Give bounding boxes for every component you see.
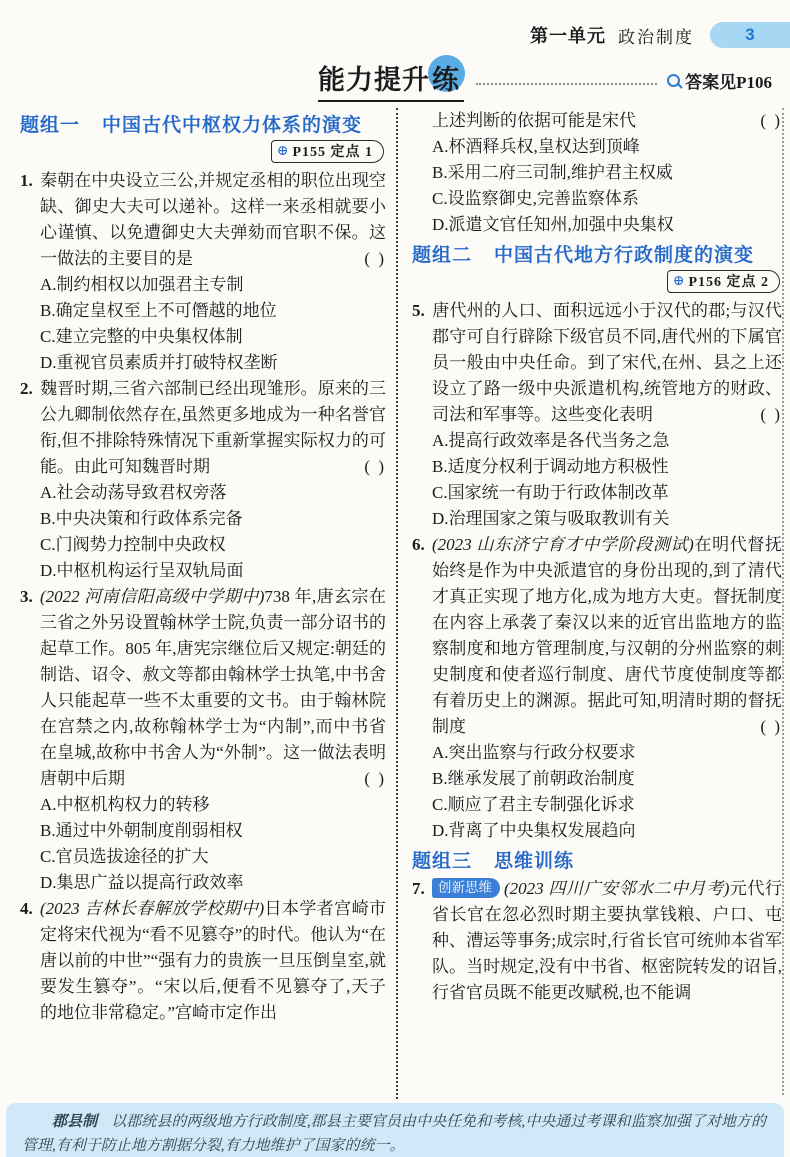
group3-label: 题组三 [412, 846, 472, 873]
question-3-option-a: A.中枢机构权力的转移 [40, 792, 386, 818]
workbook-page: 第一单元 政治制度 3 能力提升练 答案见P106 题组一 中国古代中枢权力体系… [0, 0, 790, 1157]
group2-title: 中国古代地方行政制度的演变 [494, 240, 754, 267]
question-6-source: (2023 山东济宁育才中学阶段测试) [432, 535, 694, 554]
unit-label: 第一单元 [530, 22, 606, 48]
answer-reference-text: 答案见P106 [685, 68, 772, 93]
glossary-term: 郡县制 [52, 1114, 97, 1130]
question-4-stem-continued-text: 上述判断的依据可能是宋代 [432, 111, 636, 130]
question-3-option-b: B.通过中外朝制度削弱相权 [40, 818, 386, 844]
left-column: 题组一 中国古代中枢权力体系的演变 ⊕ P155 定点 1 1.秦朝在中央设立三… [20, 108, 386, 1099]
group1-ref-badge: ⊕ P155 定点 1 [271, 140, 384, 163]
group2-ref-badge: ⊕ P156 定点 2 [667, 270, 780, 293]
group1-ref-row: ⊕ P155 定点 1 [20, 140, 384, 163]
section-title-emphasis: 练 [430, 58, 462, 97]
question-7-source: (2023 四川广安邻水二中月考) [504, 879, 729, 898]
question-6-stem: 6.(2023 山东济宁育才中学阶段测试)在明代督抚始终是作为中央派遣官的身份出… [432, 532, 782, 740]
two-column-body: 题组一 中国古代中枢权力体系的演变 ⊕ P155 定点 1 1.秦朝在中央设立三… [20, 108, 782, 1099]
question-3-stem-text: 738 年,唐玄宗在三省之外另设置翰林学士院,负责一部分诏书的起草工作。805 … [40, 587, 386, 788]
question-3-option-c: C.官员选拔途径的扩大 [40, 844, 386, 870]
question-number: 4. [20, 896, 40, 922]
group3-heading: 题组三 思维训练 [412, 846, 782, 873]
question-4: 4.(2023 吉林长春解放学校期中)日本学者宫崎市定将宋代视为“看不见篡夺”的… [20, 896, 386, 1026]
question-2-stem: 2.魏晋时期,三省六部制已经出现雏形。原来的三公九卿制依然存在,虽然更多地成为一… [40, 376, 386, 480]
question-1-stem: 1.秦朝在中央设立三公,并规定丞相的职位出现空缺、御史大夫可以递补。这样一来丞相… [40, 168, 386, 272]
question-4-stem-continued: 上述判断的依据可能是宋代( ) [432, 108, 782, 134]
question-3-option-d: D.集思广益以提高行政效率 [40, 870, 386, 896]
footer-glossary-paragraph: 郡县制以郡统县的两级地方行政制度,郡县主要官员由中央任免和考核,中央通过考课和监… [22, 1110, 766, 1157]
running-head: 第一单元 政治制度 3 [530, 22, 790, 48]
question-5-option-d: D.治理国家之策与吸取教训有关 [432, 506, 782, 532]
question-5-option-a: A.提高行政效率是各代当务之急 [432, 428, 782, 454]
answer-bracket: ( ) [760, 402, 782, 428]
question-6-option-d: D.背离了中央集权发展趋向 [432, 818, 782, 844]
target-icon: ⊕ [673, 273, 685, 290]
question-2: 2.魏晋时期,三省六部制已经出现雏形。原来的三公九卿制依然存在,虽然更多地成为一… [20, 376, 386, 584]
group1-label: 题组一 [20, 110, 80, 137]
question-4-option-a: A.杯酒释兵权,皇权达到顶峰 [432, 134, 782, 160]
group1-ref-text: P155 定点 1 [292, 141, 373, 161]
question-4-option-b: B.采用二府三司制,维护君主权威 [432, 160, 782, 186]
question-1-stem-text: 秦朝在中央设立三公,并规定丞相的职位出现空缺、御史大夫可以递补。这样一来丞相就要… [40, 171, 386, 268]
page-number: 3 [745, 25, 754, 45]
question-1: 1.秦朝在中央设立三公,并规定丞相的职位出现空缺、御史大夫可以递补。这样一来丞相… [20, 168, 386, 376]
question-5: 5.唐代州的人口、面积远远小于汉代的郡;与汉代郡守可自行辟除下级官员不同,唐代州… [412, 298, 782, 532]
question-1-option-b: B.确定皇权至上不可僭越的地位 [40, 298, 386, 324]
footer-glossary: 郡县制以郡统县的两级地方行政制度,郡县主要官员由中央任免和考核,中央通过考课和监… [6, 1103, 784, 1157]
page-number-badge: 3 [710, 22, 790, 48]
answer-bracket: ( ) [760, 108, 782, 134]
question-2-option-b: B.中央决策和行政体系完备 [40, 506, 386, 532]
question-5-stem-text: 唐代州的人口、面积远远小于汉代的郡;与汉代郡守可自行辟除下级官员不同,唐代州的下… [432, 301, 782, 424]
question-2-option-c: C.门阀势力控制中央政权 [40, 532, 386, 558]
question-6: 6.(2023 山东济宁育才中学阶段测试)在明代督抚始终是作为中央派遣官的身份出… [412, 532, 782, 844]
answer-bracket: ( ) [364, 454, 386, 480]
target-icon: ⊕ [277, 143, 289, 160]
question-6-option-a: A.突出监察与行政分权要求 [432, 740, 782, 766]
group3-title: 思维训练 [494, 846, 574, 873]
question-3-source: (2022 河南信阳高级中学期中) [40, 587, 264, 606]
question-4-stem: 4.(2023 吉林长春解放学校期中)日本学者宫崎市定将宋代视为“看不见篡夺”的… [40, 896, 386, 1026]
group2-heading: 题组二 中国古代地方行政制度的演变 [412, 240, 782, 267]
question-4-source: (2023 吉林长春解放学校期中) [40, 899, 264, 918]
section-title-text: 能力提升 [318, 65, 430, 95]
group1-title: 中国古代中枢权力体系的演变 [102, 110, 362, 137]
question-number: 3. [20, 584, 40, 610]
question-4-continued: 上述判断的依据可能是宋代( ) A.杯酒释兵权,皇权达到顶峰 B.采用二府三司制… [412, 108, 782, 238]
group2-ref-row: ⊕ P156 定点 2 [412, 270, 780, 293]
dotted-leader [476, 83, 657, 85]
question-number: 6. [412, 532, 432, 558]
question-6-option-b: B.继承发展了前朝政治制度 [432, 766, 782, 792]
question-number: 1. [20, 168, 40, 194]
magnifier-icon [667, 74, 680, 87]
question-4-option-d: D.派遣文官任知州,加强中央集权 [432, 212, 782, 238]
question-6-option-c: C.顺应了君主专制强化诉求 [432, 792, 782, 818]
question-4-option-c: C.设监察御史,完善监察体系 [432, 186, 782, 212]
question-2-stem-text: 魏晋时期,三省六部制已经出现雏形。原来的三公九卿制依然存在,虽然更多地成为一种名… [40, 379, 386, 476]
section-banner: 能力提升练 答案见P106 [318, 58, 772, 102]
section-title: 能力提升练 [318, 58, 464, 102]
question-6-stem-text: 在明代督抚始终是作为中央派遣官的身份出现的,到了清代才真正实现了地方化,成为地方… [432, 535, 782, 736]
glossary-definition: 以郡统县的两级地方行政制度,郡县主要官员由中央任免和考核,中央通过考课和监察加强… [22, 1114, 766, 1154]
question-1-option-a: A.制约相权以加强君主专制 [40, 272, 386, 298]
question-number: 2. [20, 376, 40, 402]
group2-label: 题组二 [412, 240, 472, 267]
question-2-option-a: A.社会动荡导致君权旁落 [40, 480, 386, 506]
question-5-option-b: B.适度分权利于调动地方积极性 [432, 454, 782, 480]
question-2-option-d: D.中枢机构运行呈双轨局面 [40, 558, 386, 584]
answer-bracket: ( ) [364, 246, 386, 272]
question-7: 7.创新思维(2023 四川广安邻水二中月考)元代行省长官在忽必烈时期主要执掌钱… [412, 876, 782, 1006]
answer-reference: 答案见P106 [667, 68, 772, 93]
question-5-stem: 5.唐代州的人口、面积远远小于汉代的郡;与汉代郡守可自行辟除下级官员不同,唐代州… [432, 298, 782, 428]
subject-label: 政治制度 [618, 23, 694, 48]
answer-bracket: ( ) [364, 766, 386, 792]
question-3-stem: 3.(2022 河南信阳高级中学期中)738 年,唐玄宗在三省之外另设置翰林学士… [40, 584, 386, 792]
group1-heading: 题组一 中国古代中枢权力体系的演变 [20, 110, 386, 137]
question-1-option-c: C.建立完整的中央集权体制 [40, 324, 386, 350]
question-5-option-c: C.国家统一有助于行政体制改革 [432, 480, 782, 506]
page-trim-dotted-edge [782, 108, 784, 1095]
right-column: 上述判断的依据可能是宋代( ) A.杯酒释兵权,皇权达到顶峰 B.采用二府三司制… [398, 108, 782, 1099]
answer-bracket: ( ) [760, 714, 782, 740]
question-7-stem: 7.创新思维(2023 四川广安邻水二中月考)元代行省长官在忽必烈时期主要执掌钱… [432, 876, 782, 1006]
question-number: 5. [412, 298, 432, 324]
question-1-option-d: D.重视官员素质并打破特权垄断 [40, 350, 386, 376]
question-3: 3.(2022 河南信阳高级中学期中)738 年,唐玄宗在三省之外另设置翰林学士… [20, 584, 386, 896]
innovation-badge: 创新思维 [432, 878, 500, 898]
question-number: 7. [412, 876, 432, 902]
group2-ref-text: P156 定点 2 [688, 271, 769, 291]
